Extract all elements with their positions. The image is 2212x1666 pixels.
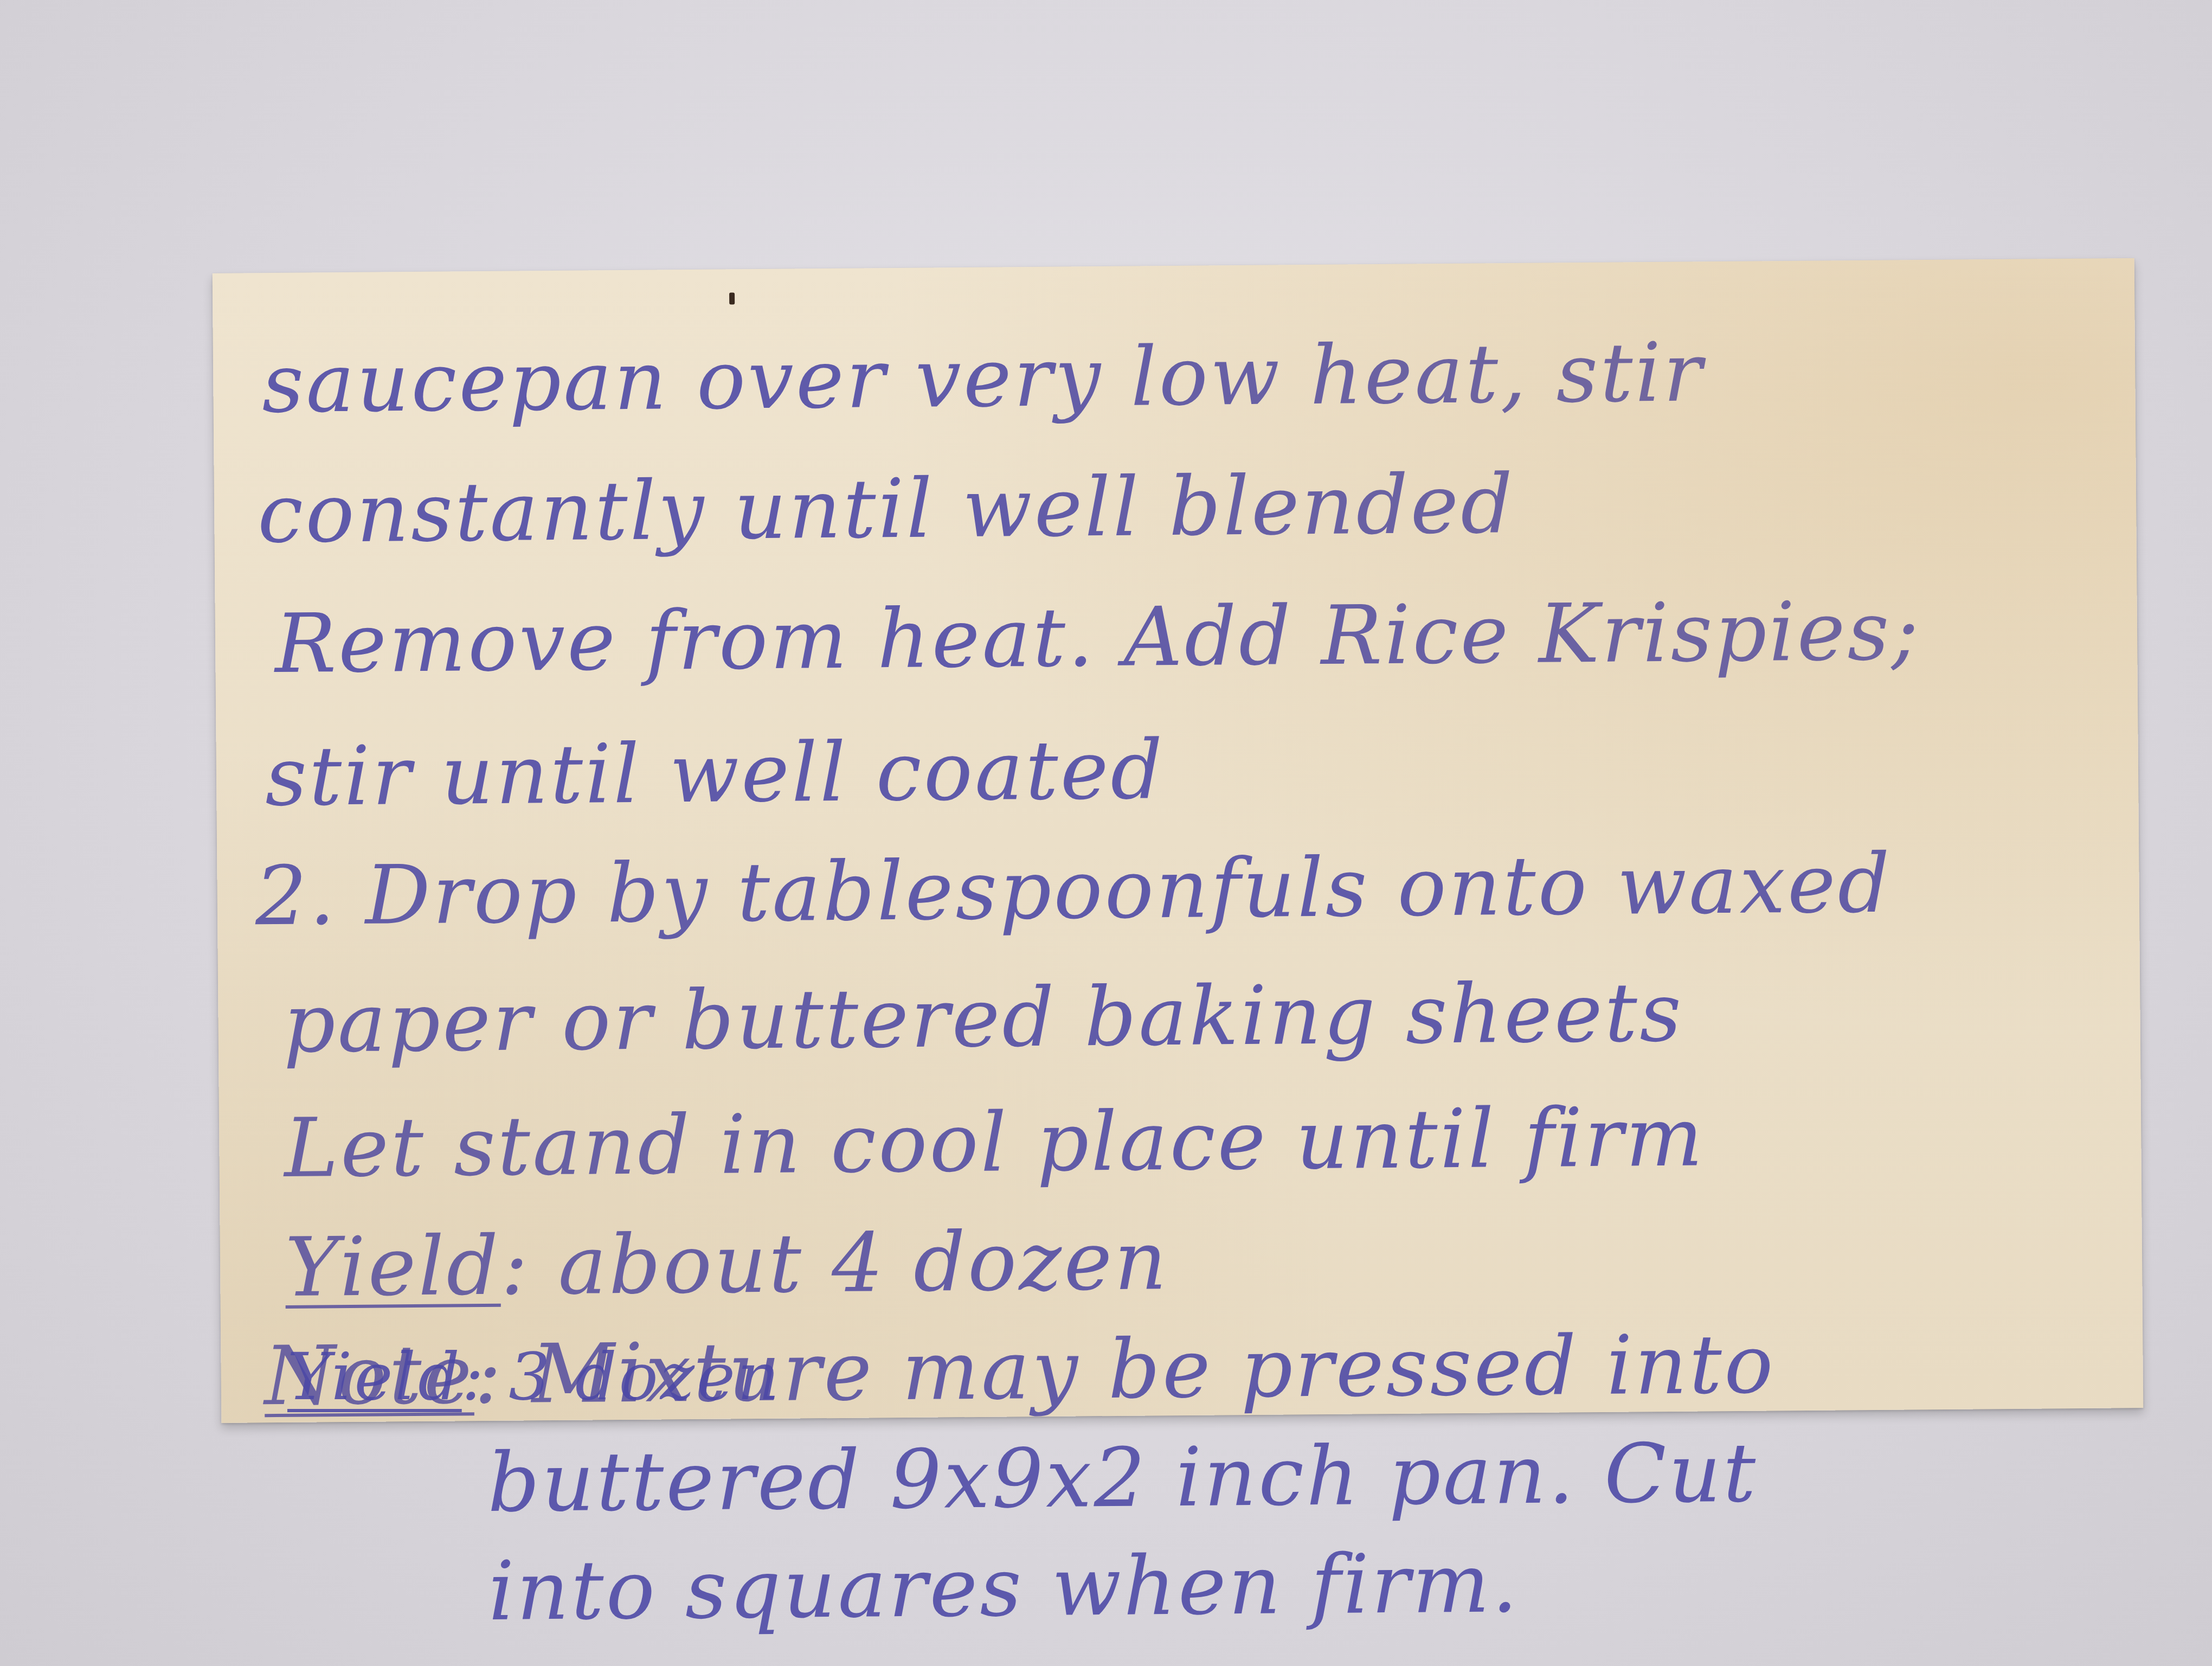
recipe-line-1: saucepan over very low heat, stir xyxy=(262,332,1705,425)
recipe-line-4: stir until well coated xyxy=(265,729,1165,818)
yield-value: : about 4 dozen xyxy=(500,1214,1169,1313)
recipe-line-7: Let stand in cool place until firm xyxy=(284,1097,1705,1189)
yield-line-2: Yield: 3 dozen xyxy=(287,1345,781,1410)
recipe-card: saucepan over very low heat, stir consta… xyxy=(213,258,2144,1423)
yield-value-2: : 3 dozen xyxy=(462,1340,782,1415)
recipe-line-2: constantly until well blended xyxy=(258,464,1515,555)
recipe-line-3: Remove from heat. Add Rice Krispies; xyxy=(275,591,1921,685)
recipe-step-2: 2. Drop by tablespoonfuls onto waxed xyxy=(255,843,1892,938)
note-line-2: buttered 9x9x2 inch pan. Cut xyxy=(487,1433,1758,1524)
yield-label: Yield xyxy=(285,1219,500,1315)
ink-speck xyxy=(729,292,735,304)
recipe-line-6: paper or buttered baking sheets xyxy=(283,972,1684,1065)
yield-line-1: Yield: about 4 dozen xyxy=(285,1220,1169,1309)
note-line-3: into squares when firm. xyxy=(488,1543,1520,1632)
yield-label-2: Yield xyxy=(287,1340,462,1415)
